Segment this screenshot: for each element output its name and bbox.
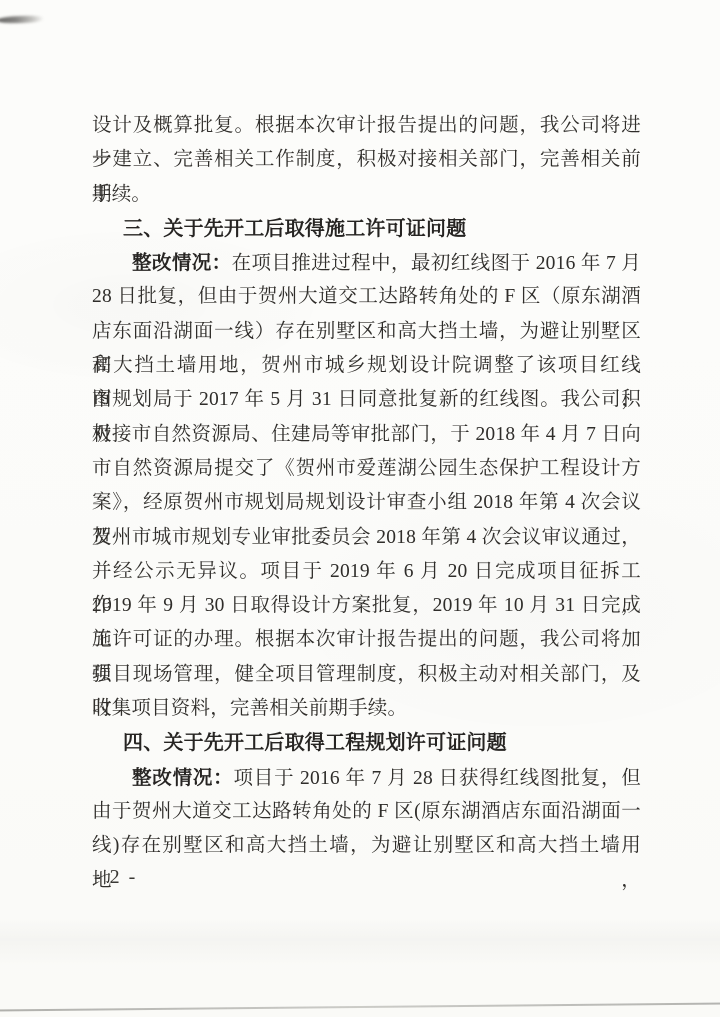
text-line: 收集项目资料，完善相关前期手续。	[92, 692, 641, 726]
text-line: 案》，经原贺州市规划局规划设计审查小组 2018 年第 4 次会议及	[92, 486, 641, 520]
text-line: 28 日批复，但由于贺州大道交工达路转角处的 F 区（原东湖酒	[92, 280, 641, 314]
text-line: 线)存在别墅区和高大挡土墙，为避让别墅区和高大挡土墙用地，	[92, 829, 641, 863]
text-line: 由于贺州大道交工达路转角处的 F 区(原东湖酒店东面沿湖面一	[92, 795, 641, 829]
text-line: 工许可证的办理。根据本次审计报告提出的问题，我公司将加强	[92, 623, 641, 657]
text-line: 贺州市城市规划专业审批委员会 2018 年第 4 次会议审议通过，	[92, 521, 641, 555]
text-line: 步建立、完善相关工作制度，积极对接相关部门，完善相关前期	[92, 143, 641, 177]
text-line: 市自然资源局提交了《贺州市爱莲湖公园生态保护工程设计方	[92, 452, 641, 486]
paragraph-lead-label: 整改情况：	[132, 252, 232, 274]
text-line: 手续。	[92, 178, 641, 212]
page-number: - 2 -	[94, 866, 137, 889]
text-line: 设计及概算批复。根据本次审计报告提出的问题，我公司将进一	[92, 109, 641, 143]
section-heading: 三、关于先开工后取得施工许可证问题	[92, 212, 641, 246]
text-line: 店东面沿湖面一线）存在别墅区和高大挡土墙，为避让别墅区和	[92, 315, 641, 349]
text-line: 并经公示无异议。项目于 2019 年 6 月 20 日完成项目征拆工作，	[92, 555, 641, 589]
scan-smudge-artifact	[0, 15, 44, 23]
section-heading: 四、关于先开工后取得工程规划许可证问题	[92, 726, 641, 760]
paragraph-lead-label: 整改情况：	[132, 767, 233, 789]
text-line: 项目现场管理，健全项目管理制度，积极主动对相关部门，及时	[92, 658, 641, 692]
text-line: 市规划局于 2017 年 5 月 31 日同意批复新的红线图。我公司积极	[92, 383, 641, 417]
scan-shadow-band	[0, 918, 720, 966]
text-line: 高大挡土墙用地，贺州市城乡规划设计院调整了该项目红线图，	[92, 349, 641, 383]
document-text-block: 设计及概算批复。根据本次审计报告提出的问题，我公司将进一步建立、完善相关工作制度…	[92, 109, 641, 864]
text-line: 2019 年 9 月 30 日取得设计方案批复，2019 年 10 月 31 日…	[92, 589, 641, 623]
paper-edge-line	[0, 1002, 720, 1011]
text-line: 对接市自然资源局、住建局等审批部门，于 2018 年 4 月 7 日向	[92, 418, 641, 452]
text-line: 整改情况：在项目推进过程中，最初红线图于 2016 年 7 月	[92, 246, 641, 280]
scanned-document-page: 设计及概算批复。根据本次审计报告提出的问题，我公司将进一步建立、完善相关工作制度…	[0, 0, 720, 1017]
text-line: 整改情况：项目于 2016 年 7 月 28 日获得红线图批复，但	[92, 761, 641, 795]
